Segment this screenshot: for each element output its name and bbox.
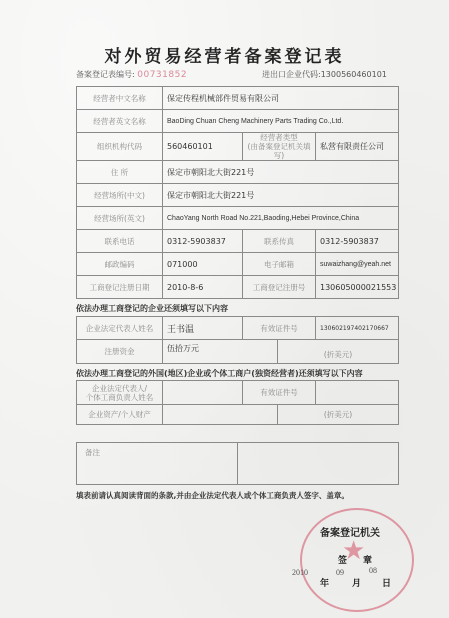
rep-label: 企业法定代表人/ 个体工商负责人姓名: [77, 381, 163, 405]
operator-type-label: 经营者类型 (由备案登记机关填写): [243, 133, 316, 161]
id-label: 有效证件号: [243, 381, 316, 405]
legal-rep-value: 王书温: [163, 317, 243, 340]
residence-value: 保定市朝阳北大街221号: [163, 161, 399, 184]
foreign-enterprise-table: 企业法定代表人/ 个体工商负责人姓名 有效证件号 企业资产/个人财产 (折美元): [76, 380, 399, 425]
legal-rep-label: 企业法定代表人姓名: [77, 317, 163, 340]
fax-label: 联系传真: [243, 230, 316, 253]
reg-date-value: 2010-8-6: [163, 276, 243, 299]
premises-en-value: ChaoYang North Road No.221,Baoding,Hebei…: [163, 207, 399, 230]
seal-label-sign: 签: [338, 553, 347, 566]
table-row: 备注: [77, 443, 399, 485]
residence-label: 住 所: [77, 161, 163, 184]
table-row: 住 所 保定市朝阳北大街221号: [77, 161, 399, 184]
table-row: 经营者中文名称 保定传程机械部件贸易有限公司: [77, 87, 399, 110]
seal-day: 08: [369, 566, 377, 575]
premises-cn-value: 保定市朝阳北大街221号: [163, 184, 399, 207]
capital-label: 注册资金: [77, 340, 163, 364]
phone-label: 联系电话: [77, 230, 163, 253]
table-row: 工商登记注册日期 2010-8-6 工商登记注册号 13060500002155…: [77, 276, 399, 299]
authority-label: 备案登记机关: [320, 524, 380, 539]
section2-heading: 依法办理工商登记的企业还须填写以下内容: [76, 303, 228, 314]
rep-label-line1: 企业法定代表人/: [81, 384, 158, 393]
section3-heading: 依法办理工商登记的外国(地区)企业或个体工商户(独资经营者)还须填写以下内容: [76, 368, 363, 379]
premises-cn-label: 经营场所(中文): [77, 184, 163, 207]
rep-value: [163, 381, 243, 405]
month-label: 月: [352, 576, 361, 589]
record-number-value: 00731852: [137, 70, 187, 80]
id-value: 130602197402170667: [316, 317, 399, 340]
en-name-label: 经营者英文名称: [77, 110, 163, 133]
table-row: 经营者英文名称 BaoDing Chuan Cheng Machinery Pa…: [77, 110, 399, 133]
table-row: 注册资金 伍拾万元 (折美元): [77, 340, 399, 364]
capital-usd-label: (折美元): [278, 340, 399, 364]
operator-type-label-line2: (由备案登记机关填写): [247, 142, 311, 160]
premises-en-label: 经营场所(英文): [77, 207, 163, 230]
reg-no-label: 工商登记注册号: [243, 276, 316, 299]
seal-month: 09: [336, 568, 344, 577]
operator-type-value: 私营有限责任公司: [316, 133, 399, 161]
org-code-value: 560460101: [163, 133, 243, 161]
reg-no-value: 130605000021553: [316, 276, 399, 299]
cn-name-value: 保定传程机械部件贸易有限公司: [163, 87, 399, 110]
assets-value: [163, 405, 278, 425]
year-label: 年: [320, 576, 329, 589]
phone-value: 0312-5903837: [163, 230, 243, 253]
cn-name-label: 经营者中文名称: [77, 87, 163, 110]
en-name-value: BaoDing Chuan Cheng Machinery Parts Trad…: [163, 110, 399, 133]
id-value: [316, 381, 399, 405]
reg-date-label: 工商登记注册日期: [77, 276, 163, 299]
remarks-label: 备注: [77, 443, 238, 485]
remarks-table: 备注: [76, 442, 399, 485]
table-row: 经营场所(英文) ChaoYang North Road No.221,Baod…: [77, 207, 399, 230]
fax-value: 0312-5903837: [316, 230, 399, 253]
email-label: 电子邮箱: [243, 253, 316, 276]
record-number-label: 备案登记表编号:: [76, 70, 135, 79]
assets-usd-label: (折美元): [278, 405, 399, 425]
email-value: suwaizhang@yeah.net: [316, 253, 399, 276]
id-label: 有效证件号: [243, 317, 316, 340]
import-export-code-label: 进出口企业代码:: [262, 70, 321, 79]
assets-label: 企业资产/个人财产: [77, 405, 163, 425]
postcode-value: 071000: [163, 253, 243, 276]
import-export-code: 进出口企业代码:1300560460101: [262, 69, 387, 80]
table-row: 企业法定代表人/ 个体工商负责人姓名 有效证件号: [77, 381, 399, 405]
postcode-label: 邮政编码: [77, 253, 163, 276]
record-number: 备案登记表编号: 00731852: [76, 69, 187, 80]
rep-label-line2: 个体工商负责人姓名: [81, 393, 158, 402]
table-row: 组织机构代码 560460101 经营者类型 (由备案登记机关填写) 私营有限责…: [77, 133, 399, 161]
table-row: 企业法定代表人姓名 王书温 有效证件号 130602197402170667: [77, 317, 399, 340]
import-export-code-value: 1300560460101: [321, 70, 387, 79]
document-title: 对外贸易经营者备案登记表: [0, 42, 449, 67]
org-code-label: 组织机构代码: [77, 133, 163, 161]
seal-label-stamp: 章: [363, 553, 372, 566]
table-row: 邮政编码 071000 电子邮箱 suwaizhang@yeah.net: [77, 253, 399, 276]
operator-type-label-line1: 经营者类型: [247, 133, 311, 142]
operator-info-table: 经营者中文名称 保定传程机械部件贸易有限公司 经营者英文名称 BaoDing C…: [76, 86, 399, 299]
table-row: 经营场所(中文) 保定市朝阳北大街221号: [77, 184, 399, 207]
seal-year: 2010: [292, 568, 308, 577]
footer-note: 填表前请认真阅读背面的条款,并由企业法定代表人或个体工商负责人签字、盖章。: [76, 490, 349, 501]
remarks-value: [238, 443, 399, 485]
day-label: 日: [382, 576, 391, 589]
table-row: 联系电话 0312-5903837 联系传真 0312-5903837: [77, 230, 399, 253]
enterprise-info-table: 企业法定代表人姓名 王书温 有效证件号 130602197402170667 注…: [76, 316, 399, 364]
capital-value: 伍拾万元: [163, 340, 278, 364]
table-row: 企业资产/个人财产 (折美元): [77, 405, 399, 425]
